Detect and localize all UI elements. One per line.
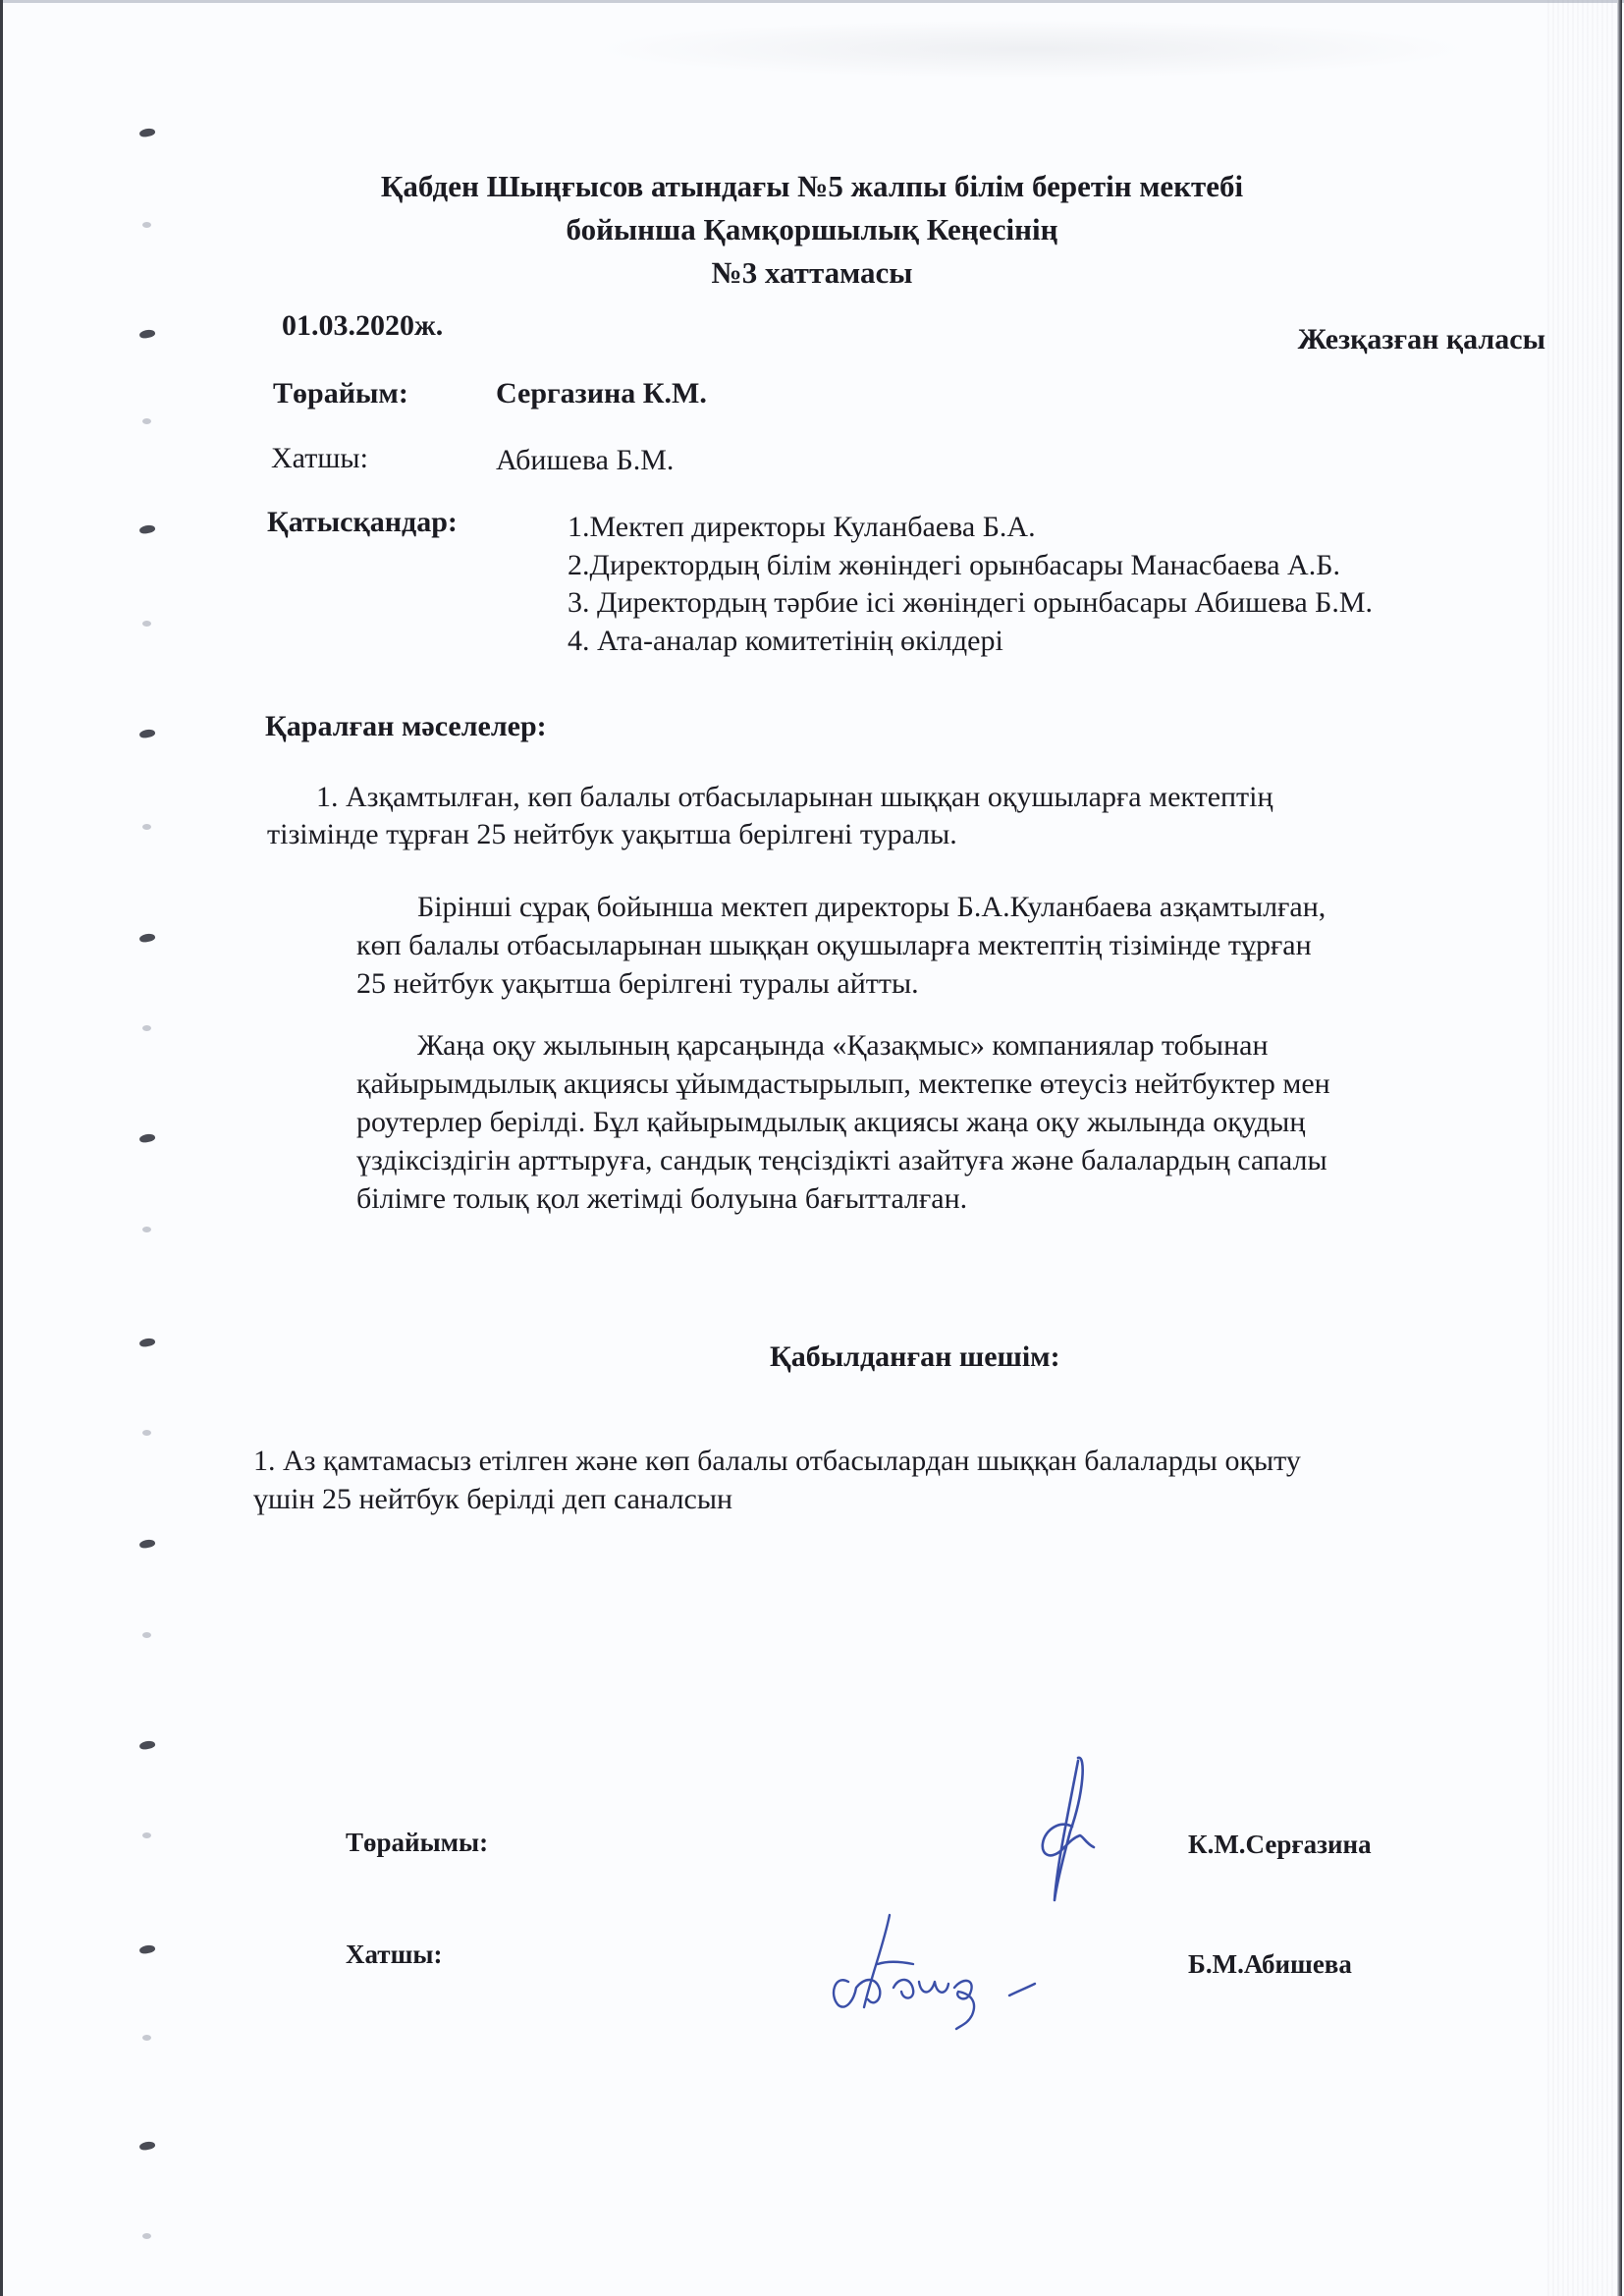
scan-smudge bbox=[589, 20, 1473, 79]
binder-mark-icon bbox=[137, 1537, 159, 1551]
title-line-3: №3 хаттамасы bbox=[0, 251, 1624, 295]
binder-mark-icon bbox=[137, 2031, 159, 2045]
signature-secretary-name: Б.М.Абишева bbox=[1188, 1946, 1352, 1982]
binder-mark-icon bbox=[137, 522, 159, 536]
signature-secretary-label: Хатшы: bbox=[346, 1937, 442, 1972]
decision-item: 1. Аз қамтамасыз етілген және көп балалы… bbox=[253, 1442, 1530, 1518]
binder-mark-icon bbox=[137, 2139, 159, 2153]
scanned-document-page: Қабден Шыңғысов атындағы №5 жалпы білім … bbox=[0, 0, 1624, 2296]
participant-item: 4. Ата-аналар комитетінің өкілдері bbox=[568, 623, 1549, 661]
binder-mark-icon bbox=[137, 1021, 159, 1035]
secretary-label: Хатшы: bbox=[271, 441, 368, 476]
binder-mark-icon bbox=[137, 931, 159, 945]
binder-mark-icon bbox=[137, 414, 159, 428]
binder-mark-icon bbox=[137, 1426, 159, 1440]
signature-chair-name: К.М.Серғазина bbox=[1188, 1827, 1372, 1862]
binder-mark-icon bbox=[137, 1738, 159, 1752]
chair-handwritten-signature bbox=[1021, 1753, 1119, 1915]
secretary-name: Абишева Б.М. bbox=[496, 443, 674, 478]
chair-name: Сергазина К.М. bbox=[496, 376, 707, 411]
binder-mark-icon bbox=[137, 1628, 159, 1642]
discussion-line: көп балалы отбасыларынан шыққан оқушылар… bbox=[356, 926, 1544, 964]
discussion-line: үздіксіздігін арттыруға, сандық теңсізді… bbox=[356, 1141, 1544, 1179]
scan-edge-top bbox=[0, 0, 1624, 3]
decision-line: 1. Аз қамтамасыз етілген және көп балалы… bbox=[253, 1442, 1530, 1480]
document-city: Жезқазған қаласы bbox=[1298, 322, 1545, 357]
binder-mark-icon bbox=[137, 1829, 159, 1842]
signature-chair-label: Төрайымы: bbox=[346, 1825, 488, 1860]
participant-item: 3. Директордың тәрбие ісі жөніндегі орын… bbox=[568, 584, 1549, 623]
binder-mark-icon bbox=[137, 1223, 159, 1236]
discussion-paragraph-1: Бірінші сұрақ бойынша мектеп директоры Б… bbox=[356, 888, 1544, 1003]
scan-edge-right bbox=[1617, 0, 1622, 2296]
participant-item: 1.Мектеп директоры Куланбаева Б.А. bbox=[568, 509, 1549, 547]
binder-mark-icon bbox=[137, 1336, 159, 1349]
decision-label: Қабылданған шешім: bbox=[770, 1339, 1060, 1375]
participant-item: 2.Директордың білім жөніндегі орынбасары… bbox=[568, 547, 1549, 585]
title-line-1: Қабден Шыңғысов атындағы №5 жалпы білім … bbox=[0, 165, 1624, 208]
participants-label: Қатысқандар: bbox=[267, 505, 458, 540]
binder-mark-icon bbox=[137, 126, 159, 139]
binder-mark-icon bbox=[137, 1131, 159, 1145]
discussion-line: роутерлер берілді. Бұл қайырымдылық акци… bbox=[356, 1103, 1544, 1141]
discussion-paragraph-2: Жаңа оқу жылының қарсаңында «Қазақмыс» к… bbox=[356, 1026, 1544, 1218]
discussion-line: Жаңа оқу жылының қарсаңында «Қазақмыс» к… bbox=[356, 1026, 1544, 1065]
chair-label: Төрайым: bbox=[273, 376, 408, 411]
scan-edge-left bbox=[0, 0, 3, 2296]
binder-mark-icon bbox=[137, 327, 159, 341]
agenda-item: 1. Азқамтылған, көп балалы отбасыларынан… bbox=[267, 779, 1543, 853]
discussion-line: қайырымдылық акциясы ұйымдастырылып, мек… bbox=[356, 1065, 1544, 1103]
title-line-2: бойынша Қамқоршылық Кеңесінің bbox=[0, 208, 1624, 251]
secretary-handwritten-signature bbox=[825, 1905, 1051, 2038]
binder-mark-icon bbox=[137, 727, 159, 740]
binder-mark-icon bbox=[137, 2229, 159, 2243]
document-date: 01.03.2020ж. bbox=[282, 308, 443, 344]
discussion-line: Бірінші сұрақ бойынша мектеп директоры Б… bbox=[356, 888, 1544, 926]
document-title: Қабден Шыңғысов атындағы №5 жалпы білім … bbox=[0, 165, 1624, 295]
discussion-line: 25 нейтбук уақытша берілгені туралы айтт… bbox=[356, 964, 1544, 1003]
agenda-line: тізімінде тұрған 25 нейтбук уақытша бері… bbox=[267, 816, 1543, 853]
discussion-line: білімге толық қол жетімді болуына бағытт… bbox=[356, 1179, 1544, 1218]
decision-line: үшін 25 нейтбук берілді деп саналсын bbox=[253, 1480, 1530, 1518]
binder-mark-icon bbox=[137, 820, 159, 834]
binder-mark-icon bbox=[137, 1942, 159, 1956]
agenda-label: Қаралған мәселелер: bbox=[265, 709, 547, 744]
participants-list: 1.Мектеп директоры Куланбаева Б.А. 2.Дир… bbox=[568, 509, 1549, 660]
scan-shadow bbox=[1547, 0, 1616, 2296]
agenda-line: 1. Азқамтылған, көп балалы отбасыларынан… bbox=[267, 779, 1543, 816]
binder-mark-icon bbox=[137, 617, 159, 630]
